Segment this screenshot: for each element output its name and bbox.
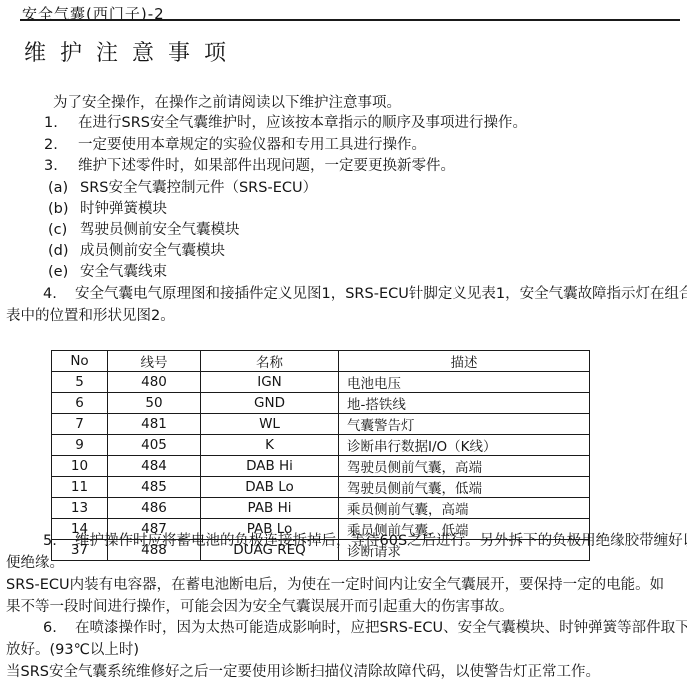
table-header-no: No <box>52 351 108 372</box>
list-item-a: (a)SRS安全气囊控制元件（SRS-ECU） <box>48 181 317 196</box>
list-item-e: (e)安全气囊线束 <box>48 265 167 280</box>
table-cell-desc: 电池电压 <box>339 372 590 393</box>
intro-line: 为了安全操作，在操作之前请阅读以下维护注意事项。 <box>53 96 401 111</box>
table-cell-no: 9 <box>52 435 108 456</box>
table-cell-desc: 乘员侧前气囊，高端 <box>339 498 590 519</box>
list-item-6-number: 6. <box>43 621 75 636</box>
list-item-4-line1: 4.安全气囊电气原理图和接插件定义见图1，SRS-ECU针脚定义见表1，安全气囊… <box>43 287 687 302</box>
table-header-wire: 线号 <box>108 351 201 372</box>
page-title: 维护注意事项 <box>24 36 240 67</box>
header-rule <box>20 19 680 21</box>
table-cell-no: 13 <box>52 498 108 519</box>
list-item-5-line1: 5.维护操作时应将蓄电池的负极连接拆掉后，等待60S之后进行。另外拆下的负极用绝… <box>43 534 687 549</box>
table-cell-wire: 405 <box>108 435 201 456</box>
table-cell-desc: 气囊警告灯 <box>339 414 590 435</box>
note-srs-ecu-line2: 果不等一段时间进行操作，可能会因为安全气囊误展开而引起重大的伤害事故。 <box>6 600 514 615</box>
table-cell-no: 10 <box>52 456 108 477</box>
table-cell-no: 7 <box>52 414 108 435</box>
list-item-e-text: 安全气囊线束 <box>80 264 167 280</box>
list-item-3-text: 维护下述零件时，如果部件出现问题，一定要更换新零件。 <box>78 158 455 174</box>
table-cell-name: DAB Lo <box>201 477 339 498</box>
table-cell-no: 11 <box>52 477 108 498</box>
table-cell-name: IGN <box>201 372 339 393</box>
table-row: 5 480 IGN 电池电压 <box>52 372 590 393</box>
list-item-2-text: 一定要使用本章规定的实验仪器和专用工具进行操作。 <box>78 137 426 153</box>
list-item-5-number: 5. <box>43 534 75 549</box>
table-cell-name: GND <box>201 393 339 414</box>
list-item-c: (c)驾驶员侧前安全气囊模块 <box>48 223 240 238</box>
list-item-5-text: 维护操作时应将蓄电池的负极连接拆掉后，等待60S之后进行。另外拆下的负极用绝缘胶… <box>75 533 687 549</box>
list-item-6-text: 在喷漆操作时，因为太热可能造成影响时，应把SRS-ECU、安全气囊模块、时钟弹簧… <box>75 620 687 636</box>
srs-ecu-pin-table: No 线号 名称 描述 5 480 IGN 电池电压 6 50 GND 地-搭铁… <box>51 350 590 561</box>
list-item-c-marker: (c) <box>48 223 80 238</box>
list-item-4-number: 4. <box>43 287 75 302</box>
table-cell-desc: 驾驶员侧前气囊，低端 <box>339 477 590 498</box>
list-item-4-text: 安全气囊电气原理图和接插件定义见图1，SRS-ECU针脚定义见表1，安全气囊故障… <box>75 286 687 302</box>
table-cell-name: DAB Hi <box>201 456 339 477</box>
note-diagnostic-scanner: 当SRS安全气囊系统维修好之后一定要使用诊断扫描仪清除故障代码，以使警告灯正常工… <box>6 665 600 680</box>
table-cell-wire: 50 <box>108 393 201 414</box>
list-item-6-line2: 放好。(93℃以上时) <box>6 643 139 658</box>
table-cell-wire: 485 <box>108 477 201 498</box>
list-item-b-marker: (b) <box>48 202 80 217</box>
list-item-2: 2.一定要使用本章规定的实验仪器和专用工具进行操作。 <box>44 138 426 153</box>
list-item-b: (b)时钟弹簧模块 <box>48 202 167 217</box>
table-cell-name: PAB Hi <box>201 498 339 519</box>
note-srs-ecu-line1: SRS-ECU内装有电容器，在蓄电池断电后，为使在一定时间内让安全气囊展开，要保… <box>6 578 664 593</box>
list-item-c-text: 驾驶员侧前安全气囊模块 <box>80 222 240 238</box>
table-row: 7 481 WL 气囊警告灯 <box>52 414 590 435</box>
list-item-1: 1.在进行SRS安全气囊维护时，应该按本章指示的顺序及事项进行操作。 <box>44 116 527 131</box>
table-cell-wire: 481 <box>108 414 201 435</box>
list-item-6-line1: 6.在喷漆操作时，因为太热可能造成影响时，应把SRS-ECU、安全气囊模块、时钟… <box>43 621 687 636</box>
list-item-3: 3.维护下述零件时，如果部件出现问题，一定要更换新零件。 <box>44 159 455 174</box>
list-item-5-line2: 便绝缘。 <box>6 556 64 571</box>
list-item-b-text: 时钟弹簧模块 <box>80 201 167 217</box>
table-row: 13 486 PAB Hi 乘员侧前气囊，高端 <box>52 498 590 519</box>
table-cell-desc: 驾驶员侧前气囊，高端 <box>339 456 590 477</box>
table-header-name: 名称 <box>201 351 339 372</box>
list-item-d-text: 成员侧前安全气囊模块 <box>80 243 225 259</box>
table-row: 11 485 DAB Lo 驾驶员侧前气囊，低端 <box>52 477 590 498</box>
table-row: 9 405 K 诊断串行数据I/O（K线） <box>52 435 590 456</box>
list-item-a-text: SRS安全气囊控制元件（SRS-ECU） <box>80 180 317 196</box>
table-cell-wire: 486 <box>108 498 201 519</box>
table-cell-name: K <box>201 435 339 456</box>
list-item-1-text: 在进行SRS安全气囊维护时，应该按本章指示的顺序及事项进行操作。 <box>78 115 527 131</box>
list-item-1-number: 1. <box>44 116 78 131</box>
table-row: 6 50 GND 地-搭铁线 <box>52 393 590 414</box>
list-item-e-marker: (e) <box>48 265 80 280</box>
table-cell-no: 5 <box>52 372 108 393</box>
table-cell-desc: 地-搭铁线 <box>339 393 590 414</box>
table-cell-no: 6 <box>52 393 108 414</box>
table-header-desc: 描述 <box>339 351 590 372</box>
table-cell-wire: 480 <box>108 372 201 393</box>
list-item-d: (d)成员侧前安全气囊模块 <box>48 244 225 259</box>
list-item-2-number: 2. <box>44 138 78 153</box>
list-item-a-marker: (a) <box>48 181 80 196</box>
table-cell-name: WL <box>201 414 339 435</box>
list-item-3-number: 3. <box>44 159 78 174</box>
list-item-d-marker: (d) <box>48 244 80 259</box>
list-item-4-line2: 表中的位置和形状见图2。 <box>6 309 175 324</box>
table-row: 10 484 DAB Hi 驾驶员侧前气囊，高端 <box>52 456 590 477</box>
document-page: 安全气囊(西门子)-2 维护注意事项 为了安全操作，在操作之前请阅读以下维护注意… <box>0 0 687 682</box>
table-cell-wire: 484 <box>108 456 201 477</box>
table-header-row: No 线号 名称 描述 <box>52 351 590 372</box>
table-cell-desc: 诊断串行数据I/O（K线） <box>339 435 590 456</box>
